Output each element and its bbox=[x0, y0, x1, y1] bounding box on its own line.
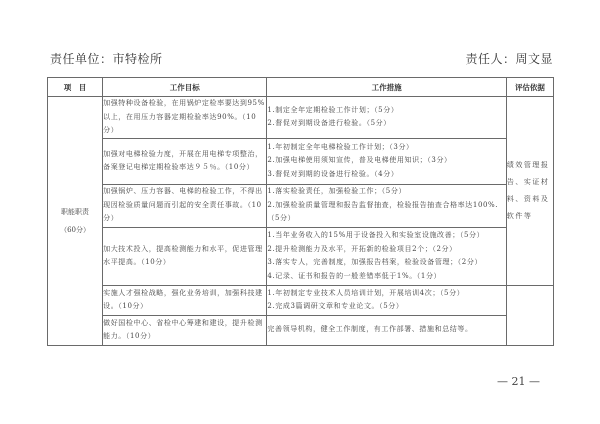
measure-item: 2.加强检验质量管理和报告监督抽查，检验报告抽查合格率达100%.（5分） bbox=[267, 199, 505, 226]
responsibility-table: 项 目 工作目标 工作措施 评估依据 职能职责 （60分） 加强特种设备检验，在… bbox=[47, 77, 554, 346]
column-header-measures: 工作措施 bbox=[267, 78, 506, 97]
measure-item: 3.落实专人，完善制度，加强报告档案，检验设备管理；（2分） bbox=[267, 256, 505, 270]
goal-cell: 实施人才强检战略，强化业务培训，加强科技建设。（10分） bbox=[103, 285, 267, 315]
measures-cell: 1.制定全年定期检验工作计划；（5分） 2.督促对到期设备进行检验。（5分） bbox=[267, 97, 506, 139]
table-row: 职能职责 （60分） 加强特种设备检验，在用锅炉定检率要达到95%以上，在用压力… bbox=[48, 97, 554, 139]
table-header-row: 项 目 工作目标 工作措施 评估依据 bbox=[48, 78, 554, 97]
table-row: 加强对电梯检验力度，开展在用电梯专项整治，备案登记电梯定期检验率达９５％。（10… bbox=[48, 138, 554, 184]
responsible-person: 责任人：周文显 bbox=[465, 50, 553, 67]
column-header-basis: 评估依据 bbox=[506, 78, 553, 97]
measures-cell: 1.当年业务收入的15%用于设备投入和实验室设施改善；（5分） 2.提升检测能力… bbox=[267, 227, 506, 285]
measure-item: 2.完成3篇调研文章和专业论文。（5分） bbox=[267, 300, 505, 314]
measure-item: 1.年初制定专业技术人员培训计划，开展培训4次；（5分） bbox=[267, 287, 505, 301]
column-header-item: 项 目 bbox=[48, 78, 103, 97]
goal-cell: 加强锅炉、压力容器、电梯的检验工作，不得出现因检验质量问题而引起的安全责任事故。… bbox=[103, 184, 267, 227]
goal-cell: 做好国检中心、省检中心筹建和建设，提升检测能力。（10分） bbox=[103, 315, 267, 345]
goal-cell: 加强特种设备检验，在用锅炉定检率要达到95%以上，在用压力容器定期检验率达90%… bbox=[103, 97, 267, 139]
category-name: 职能职责 bbox=[48, 203, 102, 221]
measure-item: 2.督促对到期设备进行检验。（5分） bbox=[267, 117, 505, 131]
goal-cell: 加大技术投入，提高检测能力和水平，促进管理水平提高。（10分） bbox=[103, 227, 267, 285]
measure-item: 完善领导机构，健全工作制度，有工作部署、措施和总结等。 bbox=[267, 323, 505, 337]
measure-item: 4.记录、证书和报告的一般差错率低于1%。（1分） bbox=[267, 270, 505, 284]
measures-cell: 1.落实检验责任，加强检验工作；（5分） 2.加强检验质量管理和报告监督抽查，检… bbox=[267, 184, 506, 227]
table-row: 加大技术投入，提高检测能力和水平，促进管理水平提高。（10分） 1.当年业务收入… bbox=[48, 227, 554, 285]
category-cell: 职能职责 （60分） bbox=[48, 97, 103, 346]
column-header-goal: 工作目标 bbox=[103, 78, 267, 97]
goal-cell: 加强对电梯检验力度，开展在用电梯专项整治，备案登记电梯定期检验率达９５％。（10… bbox=[103, 138, 267, 184]
measure-item: 3.督促对到期的设备进行检验。（4分） bbox=[267, 168, 505, 182]
measure-item: 2.提升检测能力及水平，开拓新的检验项目2个；（2分） bbox=[267, 243, 505, 257]
category-score: （60分） bbox=[48, 221, 102, 239]
measure-item: 1.当年业务收入的15%用于设备投入和实验室设施改善；（5分） bbox=[267, 229, 505, 243]
measure-item: 2.加强电梯使用须知宣传，普及电梯使用知识；（3分） bbox=[267, 154, 505, 168]
measures-cell: 1.年初制定专业技术人员培训计划，开展培训4次；（5分） 2.完成3篇调研文章和… bbox=[267, 285, 506, 315]
page-number: — 21 — bbox=[497, 375, 540, 388]
responsible-unit: 责任单位：市特检所 bbox=[50, 50, 163, 67]
table-row: 做好国检中心、省检中心筹建和建设，提升检测能力。（10分） 完善领导机构，健全工… bbox=[48, 315, 554, 345]
measures-cell: 完善领导机构，健全工作制度，有工作部署、措施和总结等。 bbox=[267, 315, 506, 345]
basis-cell-empty bbox=[506, 285, 553, 345]
basis-cell: 绩效管理报告、实证材料、资料及软件等 bbox=[506, 97, 553, 286]
measure-item: 1.落实检验责任，加强检验工作；（5分） bbox=[267, 185, 505, 199]
table-row: 实施人才强检战略，强化业务培训，加强科技建设。（10分） 1.年初制定专业技术人… bbox=[48, 285, 554, 315]
measure-item: 1.制定全年定期检验工作计划；（5分） bbox=[267, 104, 505, 118]
measure-item: 1.年初制定全年电梯检验工作计划；（3分） bbox=[267, 141, 505, 155]
table-row: 加强锅炉、压力容器、电梯的检验工作，不得出现因检验质量问题而引起的安全责任事故。… bbox=[48, 184, 554, 227]
measures-cell: 1.年初制定全年电梯检验工作计划；（3分） 2.加强电梯使用须知宣传，普及电梯使… bbox=[267, 138, 506, 184]
